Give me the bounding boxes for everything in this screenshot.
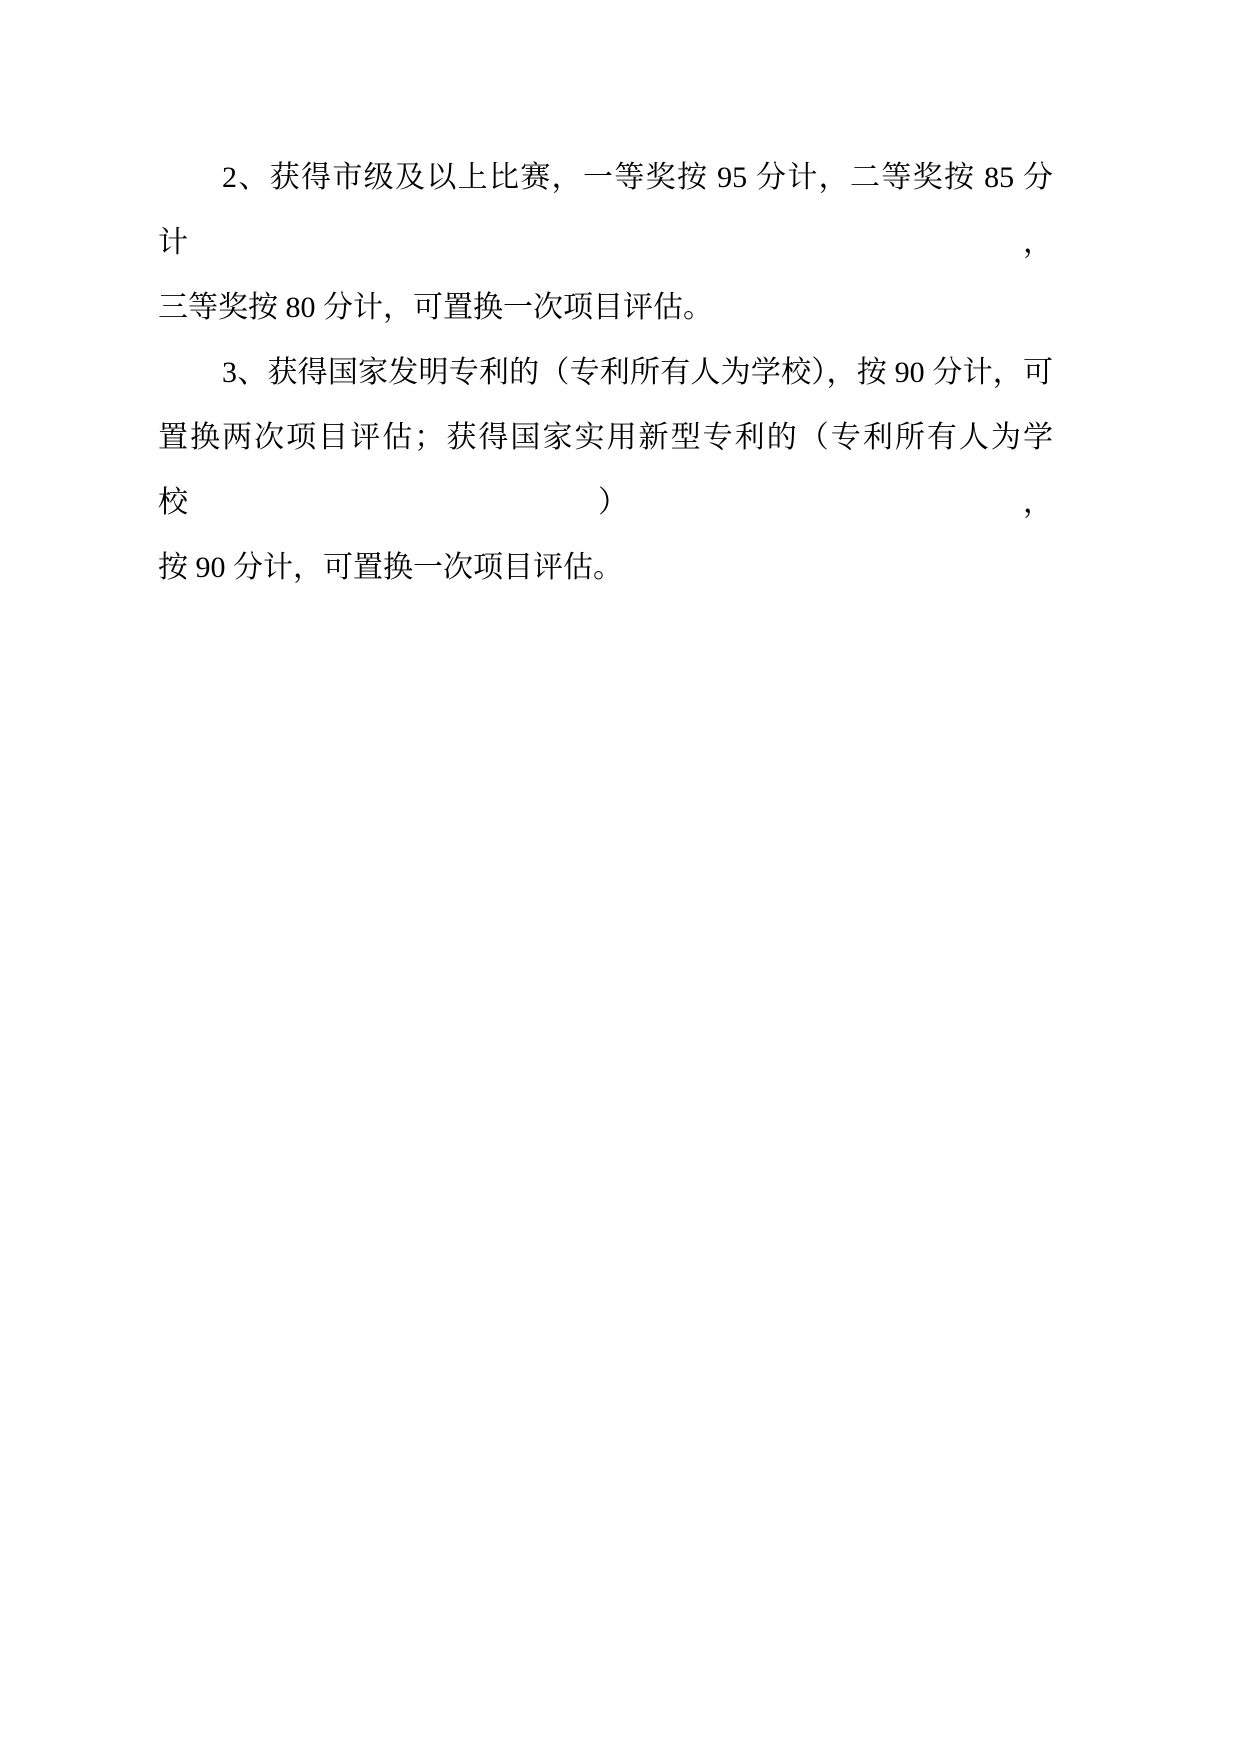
document-page: 2、获得市级及以上比赛，一等奖按 95 分计，二等奖按 85 分计， 三等奖按 … [0,0,1240,1754]
document-text-block: 2、获得市级及以上比赛，一等奖按 95 分计，二等奖按 85 分计， 三等奖按 … [158,145,1053,600]
text-line: 3、获得国家发明专利的（专利所有人为学校），按 90 分计，可 [158,340,1053,405]
text-line: 按 90 分计，可置换一次项目评估。 [158,535,1053,600]
paragraph-3: 3、获得国家发明专利的（专利所有人为学校），按 90 分计，可 置换两次项目评估… [158,340,1053,600]
text-line: 三等奖按 80 分计，可置换一次项目评估。 [158,275,1053,340]
paragraph-2: 2、获得市级及以上比赛，一等奖按 95 分计，二等奖按 85 分计， 三等奖按 … [158,145,1053,340]
text-line: 置换两次项目评估；获得国家实用新型专利的（专利所有人为学校）， [158,405,1053,535]
text-line: 2、获得市级及以上比赛，一等奖按 95 分计，二等奖按 85 分计， [158,145,1053,275]
